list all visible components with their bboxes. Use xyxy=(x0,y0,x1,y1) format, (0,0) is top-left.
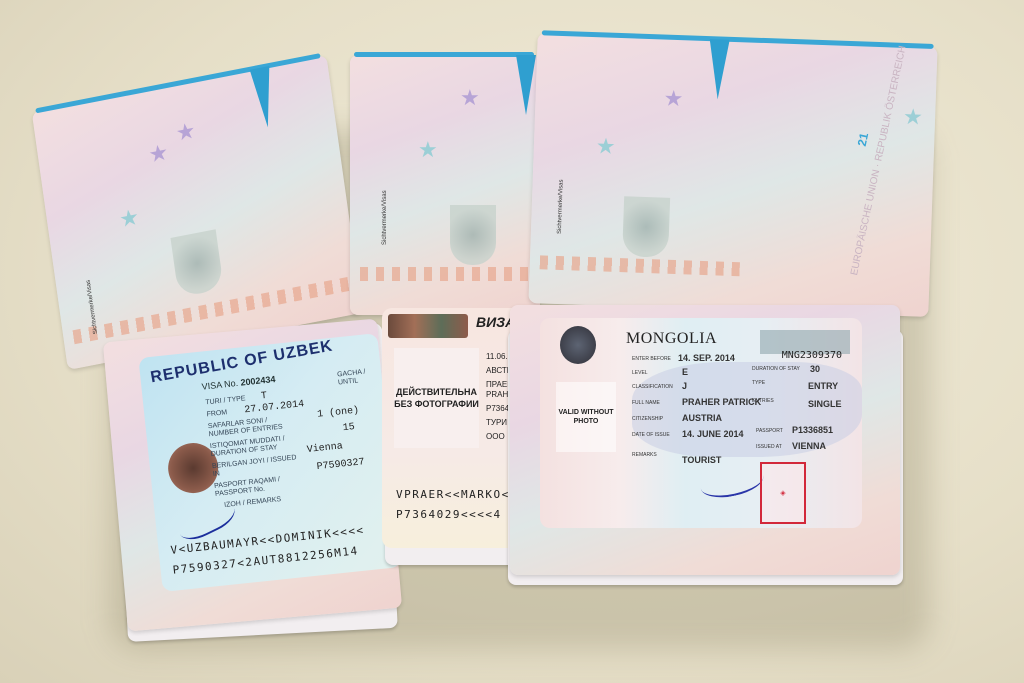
field-label: ISSUED AT xyxy=(756,444,782,450)
page-label: Sichtvermerke/Visas xyxy=(557,179,565,234)
field-label: DATE OF ISSUE xyxy=(632,432,670,438)
field-label: TURI / TYPE xyxy=(205,395,246,407)
field-value: AUSTRIA xyxy=(682,413,722,423)
field-value: 30 xyxy=(810,364,820,374)
bookmark-ribbon xyxy=(708,39,730,100)
field-value: J xyxy=(682,381,687,391)
signature xyxy=(698,462,766,503)
field-label: DURATION OF STAY xyxy=(752,366,800,372)
visa-line: ООО xyxy=(486,432,505,441)
star-icon: ★ xyxy=(663,86,684,113)
field-value: 15 xyxy=(342,422,355,434)
visa-line: P7364 xyxy=(486,404,509,413)
field-value: TOURIST xyxy=(682,455,721,465)
field-value: 1 (one) xyxy=(317,405,360,420)
visa-number: MNG2309370 xyxy=(782,350,842,361)
field-label: TYPE xyxy=(752,380,765,386)
field-label: FULL NAME xyxy=(632,400,660,406)
state-emblem xyxy=(560,326,596,364)
field-value: PRAHER PATRICK xyxy=(682,397,761,407)
field-value: T xyxy=(261,391,268,403)
field-value: P7590327 xyxy=(316,457,365,473)
upper-page: ★ ★ ★ Sichtvermerke/Visas 21 EUROPÄISCHE… xyxy=(528,33,937,317)
mongolia-map-watermark xyxy=(632,362,862,457)
mrz-line: P7364029<<<<4 xyxy=(396,508,502,521)
page-label: Sichtvermerke/Visas xyxy=(86,279,99,334)
field-label: FROM xyxy=(206,409,227,419)
red-official-stamp: ◈ xyxy=(760,462,806,524)
field-value: SINGLE xyxy=(808,399,842,409)
mrz-line: VPRAER<<MARKO< xyxy=(396,488,510,501)
star-icon: ★ xyxy=(174,117,197,147)
field-label: REMARKS xyxy=(632,452,657,458)
photo-note: VALID WITHOUT PHOTO xyxy=(556,382,616,452)
coat-of-arms xyxy=(170,229,224,297)
hologram-strip xyxy=(388,314,468,338)
star-icon: ★ xyxy=(147,139,170,169)
visa-line: ТУРИ xyxy=(486,418,507,427)
field-value: 14. SEP. 2014 xyxy=(678,353,735,363)
field-label: PASSPORT xyxy=(756,428,783,434)
field-label: ENTRIES xyxy=(752,398,774,404)
photo-note: ДЕЙСТВИТЕЛЬНА БЕЗ ФОТОГРАФИИ xyxy=(394,348,479,448)
coat-of-arms xyxy=(622,196,670,258)
field-value: E xyxy=(682,367,688,377)
visa-sticker-mongolia: MONGOLIA MNG2309370 VALID WITHOUT PHOTO … xyxy=(540,318,862,528)
visa-sticker-uzbekistan: REPUBLIC OF UZBEK VISA No. 2002434 TURI … xyxy=(138,333,401,592)
field-label: CLASSIFICATION xyxy=(632,384,673,390)
star-icon: ★ xyxy=(418,137,438,163)
bookmark-ribbon xyxy=(250,66,278,129)
field-value: Vienna xyxy=(306,441,343,456)
watermark-text: EUROPÄISCHE UNION · REPUBLIK ÖSTERREICH xyxy=(849,45,909,277)
field-value: VIENNA xyxy=(792,441,826,451)
guilloche-band xyxy=(360,267,535,281)
field-label: CITIZENSHIP xyxy=(632,416,663,422)
visa-number-value: 2002434 xyxy=(240,374,276,388)
blue-edge xyxy=(354,52,534,57)
upper-page: ★ ★ Sichtvermerke/Visas xyxy=(350,55,540,315)
page-label: Sichtvermerke/Visas xyxy=(382,190,388,245)
guilloche-band xyxy=(540,255,740,276)
field-value: 14. JUNE 2014 xyxy=(682,429,744,439)
bookmark-ribbon xyxy=(516,55,536,115)
star-icon: ★ xyxy=(595,133,616,160)
star-icon: ★ xyxy=(460,85,480,111)
visa-number-label: VISA No. xyxy=(201,378,238,392)
field-label: ENTER BEFORE xyxy=(632,356,671,362)
field-value: P1336851 xyxy=(792,425,833,435)
page-number: 21 xyxy=(855,132,871,148)
field-label: GACHA / UNTIL xyxy=(337,367,382,388)
coat-of-arms xyxy=(450,205,496,265)
field-value: ENTRY xyxy=(808,381,838,391)
visa-country-title: MONGOLIA xyxy=(626,330,717,348)
field-label: LEVEL xyxy=(632,370,648,376)
star-icon: ★ xyxy=(118,204,141,234)
star-icon: ★ xyxy=(903,104,924,131)
